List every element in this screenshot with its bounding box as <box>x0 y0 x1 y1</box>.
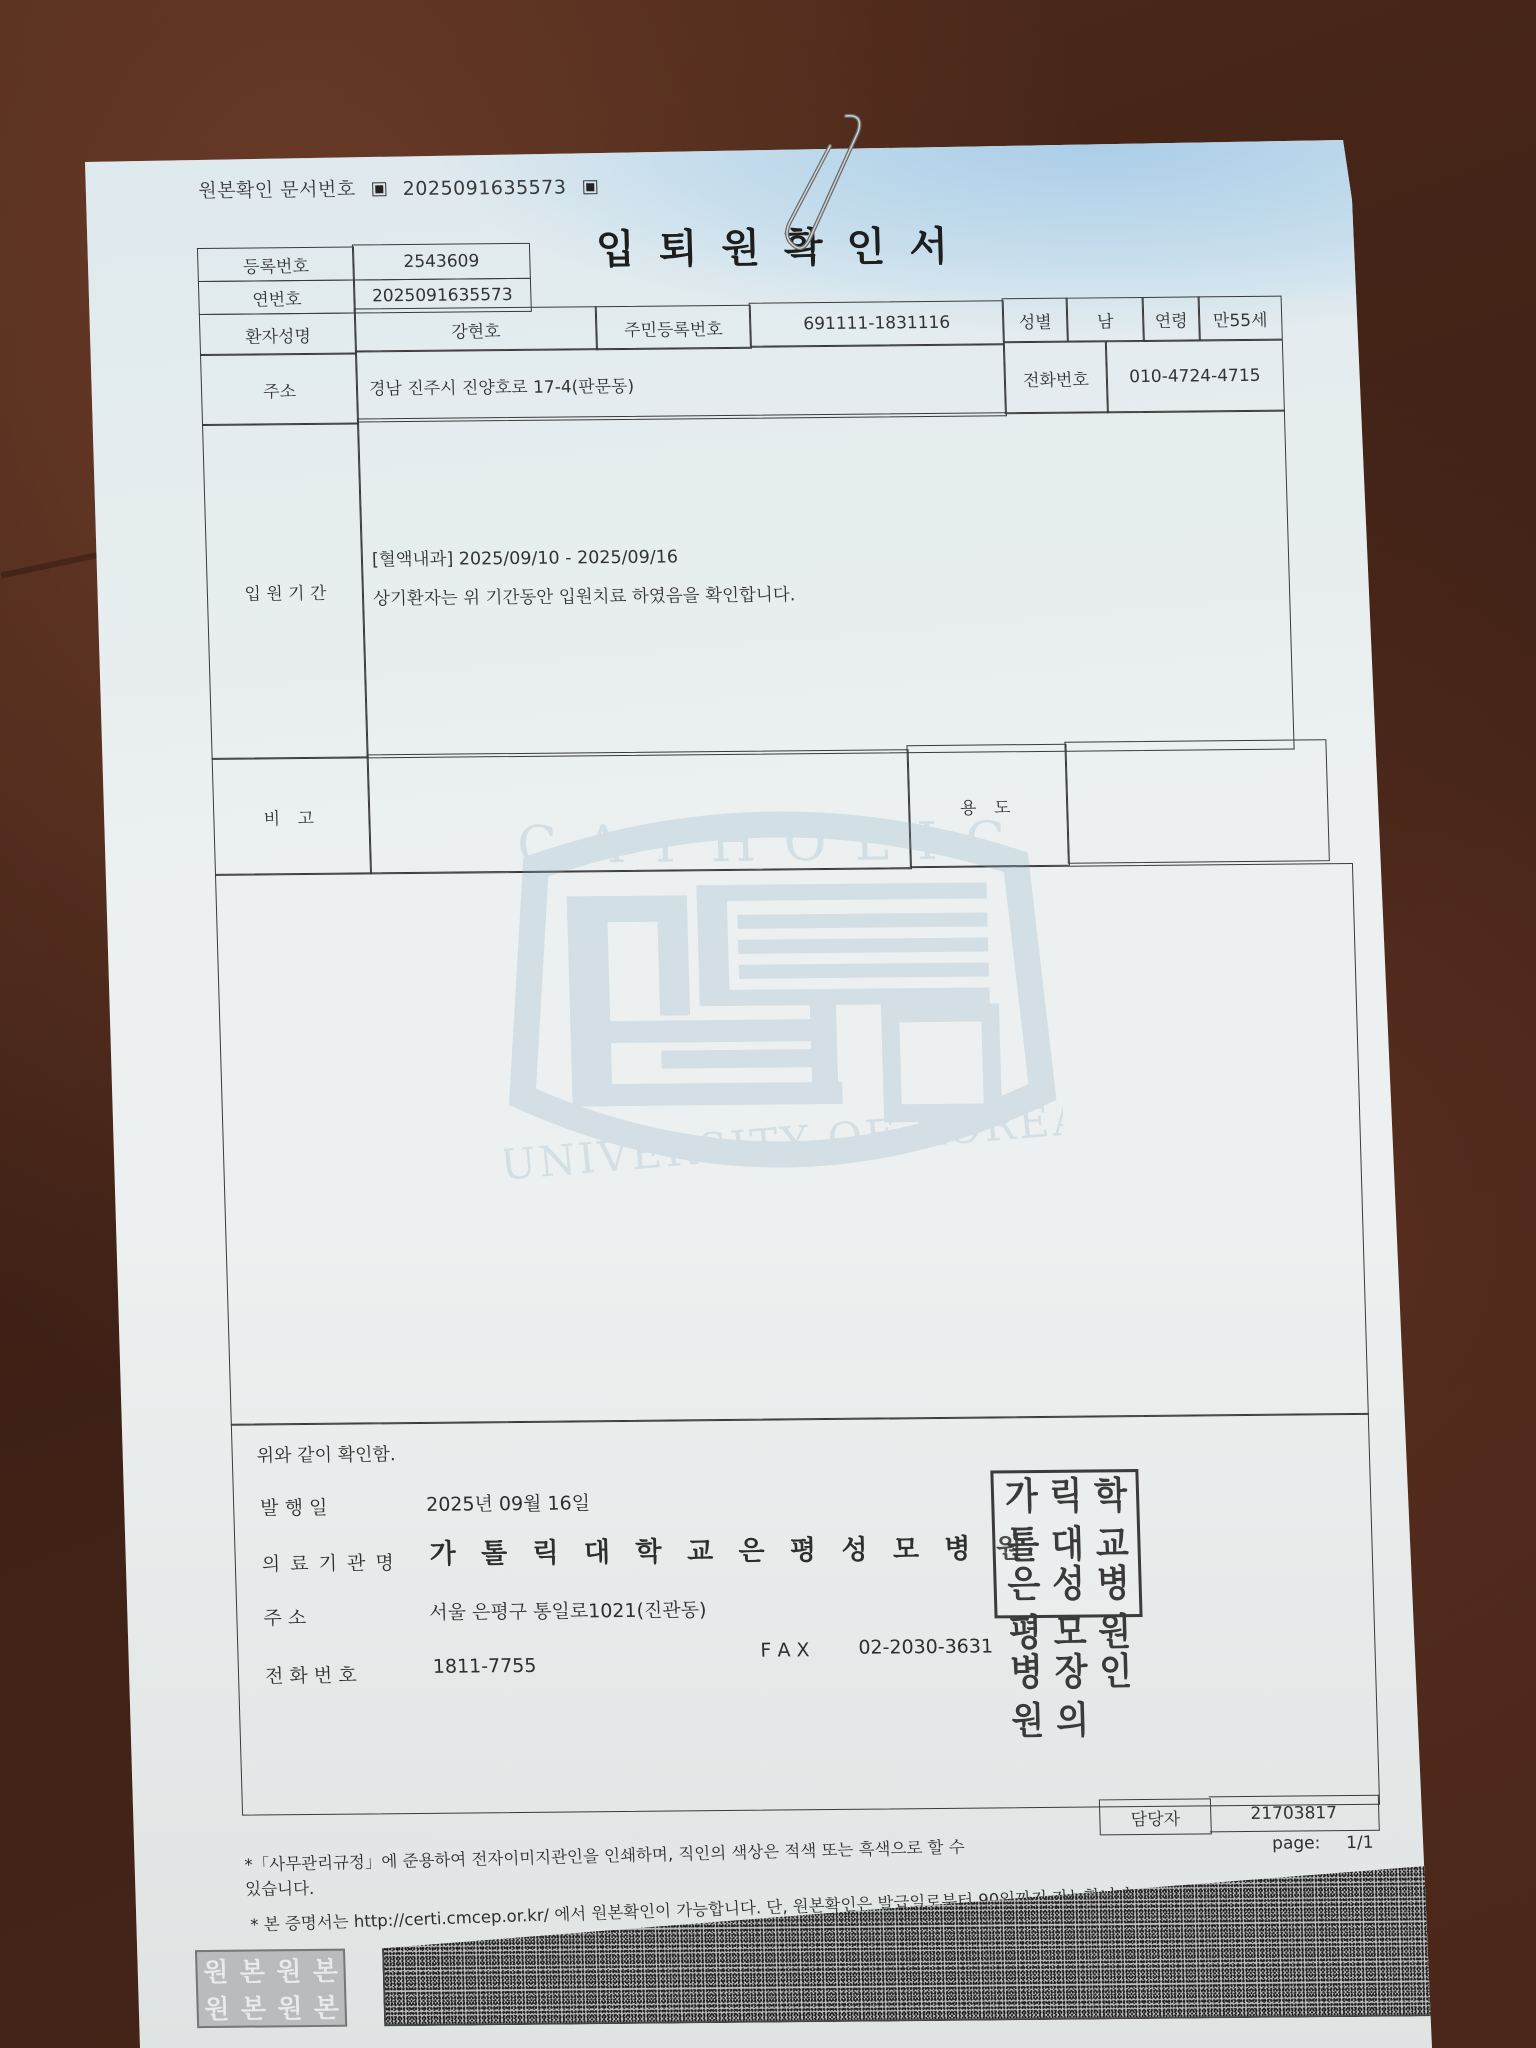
manager-label-cell: 담당자 <box>1099 1798 1212 1835</box>
age-label-cell: 연령 <box>1142 296 1201 341</box>
original-char: 원 <box>276 1951 302 1988</box>
address-value: 경남 진주시 진양호로 17-4(판문동) <box>369 371 635 399</box>
issue-date-value: 2025년 09월 16일 <box>426 1488 591 1517</box>
anti-forgery-barcode-pattern <box>380 1863 1469 2026</box>
verification-line: 원본확인 문서번호 2025091635573 <box>198 172 607 203</box>
sex-value: 남 <box>1097 307 1114 332</box>
official-seal: 가톨 릭대 학교 은평 성모 병원 병원 장의 인 <box>990 1469 1142 1618</box>
original-char: 원 <box>277 1988 303 2025</box>
seal-char: 은평 <box>1000 1561 1047 1658</box>
page-value: 1/1 <box>1346 1833 1374 1853</box>
original-char: 원 <box>203 1952 229 1989</box>
admission-period-label: 입 원 기 간 <box>244 578 327 604</box>
original-watermark-stamp: 원 본 원 본 원 본 원 본 <box>195 1949 347 2028</box>
page-label: page: <box>1272 1833 1321 1853</box>
purpose-value-cell <box>1064 739 1330 863</box>
rrn-value-cell: 691111-1831116 <box>749 300 1005 346</box>
institution-address-label: 주 소 <box>263 1603 307 1630</box>
admission-department-period: [혈액내과] 2025/09/10 - 2025/09/16 <box>372 543 679 571</box>
institution-label: 의 료 기 관 명 <box>261 1548 396 1576</box>
seal-char: 병원 <box>1002 1649 1049 1746</box>
patient-name-label: 환자성명 <box>245 321 311 347</box>
paperclip-icon <box>780 110 870 260</box>
verification-number: 2025091635573 <box>402 176 566 200</box>
age-value-cell: 만55세 <box>1198 296 1283 341</box>
registration-label-cell: 등록번호 <box>197 247 355 282</box>
institution-name: 가 톨 릭 대 학 교 은 평 성 모 병 원 <box>429 1526 1030 1571</box>
seal-char: 성모 <box>1045 1560 1092 1657</box>
sex-label: 성별 <box>1018 307 1052 332</box>
seal-char: 장의 <box>1047 1648 1094 1745</box>
seal-char: 학교 <box>1087 1472 1134 1569</box>
rrn-label-cell: 주민등록번호 <box>595 305 752 350</box>
remarks-label-cell: 비 고 <box>212 756 372 875</box>
seal-char: 릭대 <box>1042 1472 1089 1569</box>
institution-phone-label: 전 화 번 호 <box>265 1661 357 1689</box>
address-label: 주소 <box>263 377 297 402</box>
seal-char: 인 <box>1092 1648 1139 1745</box>
square-marker-icon <box>372 182 386 196</box>
svg-text:CATHOLIC: CATHOLIC <box>516 811 1034 876</box>
original-char: 본 <box>240 1988 266 2025</box>
phone-label: 전화번호 <box>1023 365 1089 391</box>
manager-value: 21703817 <box>1250 1803 1337 1824</box>
admission-period-value-cell: [혈액내과] 2025/09/10 - 2025/09/16 상기환자는 위 기… <box>357 410 1295 759</box>
registration-label: 등록번호 <box>243 251 309 277</box>
verification-label: 원본확인 문서번호 <box>198 179 356 203</box>
fax-value: 02-2030-3631 <box>858 1635 993 1658</box>
manager-value-cell: 21703817 <box>1209 1795 1380 1833</box>
phone-value-cell: 010-4724-4715 <box>1105 340 1285 414</box>
registration-value-cell: 2543609 <box>352 243 531 281</box>
admission-period-label-cell: 입 원 기 간 <box>202 422 369 759</box>
seal-char: 가톨 <box>997 1473 1044 1570</box>
manager-label: 담당자 <box>1130 1804 1180 1829</box>
seal-char: 병원 <box>1089 1560 1136 1657</box>
institution-address-value: 서울 은평구 통일로1021(진관동) <box>429 1595 707 1625</box>
square-marker-icon <box>583 180 597 194</box>
patient-name-label-cell: 환자성명 <box>199 313 357 356</box>
original-char: 원 <box>204 1989 230 2026</box>
rrn-label: 주민등록번호 <box>624 314 723 340</box>
phone-value: 010-4724-4715 <box>1129 366 1261 387</box>
address-label-cell: 주소 <box>200 352 359 425</box>
serial-label-cell: 연번호 <box>198 280 356 315</box>
sex-label-cell: 성별 <box>1002 298 1069 343</box>
original-char: 본 <box>312 1951 338 1988</box>
registration-value: 2543609 <box>403 251 479 272</box>
admission-confirmation-text: 상기환자는 위 기간동안 입원치료 하였음을 확인합니다. <box>373 581 796 610</box>
phone-label-cell: 전화번호 <box>1003 341 1109 414</box>
original-char: 본 <box>313 1988 339 2025</box>
footnote-1: *「사무관리규정」에 준용하여 전자이미지관인을 인쇄하며, 직인의 색상은 적… <box>244 1833 965 1875</box>
address-value-cell: 경남 진주시 진양호로 17-4(판문동) <box>355 344 1007 422</box>
patient-name-value: 강현호 <box>451 317 501 342</box>
sex-value-cell: 남 <box>1066 297 1145 342</box>
age-value: 만55세 <box>1213 305 1268 331</box>
serial-value: 2025091635573 <box>372 285 513 306</box>
patient-name-value-cell: 강현호 <box>354 306 598 352</box>
original-char: 본 <box>239 1951 265 1988</box>
institution-phone-value: 1811-7755 <box>433 1655 537 1678</box>
issuer-section <box>231 1413 1380 1816</box>
issue-date-label: 발 행 일 <box>260 1493 328 1521</box>
age-label: 연령 <box>1154 306 1188 331</box>
catholic-university-logo-watermark: CATHOLIC UNIVERSITY OF KOREA <box>494 792 1065 1197</box>
rrn-value: 691111-1831116 <box>803 313 950 334</box>
certificate-document: 원본확인 문서번호 2025091635573 입퇴원확인서 등록번호 2543… <box>0 0 1536 2048</box>
footnote-1-continued: 있습니다. <box>245 1875 315 1900</box>
fax-label: F A X <box>760 1639 810 1661</box>
serial-label: 연번호 <box>252 285 302 310</box>
remarks-label: 비 고 <box>263 803 320 829</box>
confirm-statement: 위와 같이 확인함. <box>256 1440 396 1467</box>
paper-sheet: 원본확인 문서번호 2025091635573 입퇴원확인서 등록번호 2543… <box>0 0 1536 2048</box>
